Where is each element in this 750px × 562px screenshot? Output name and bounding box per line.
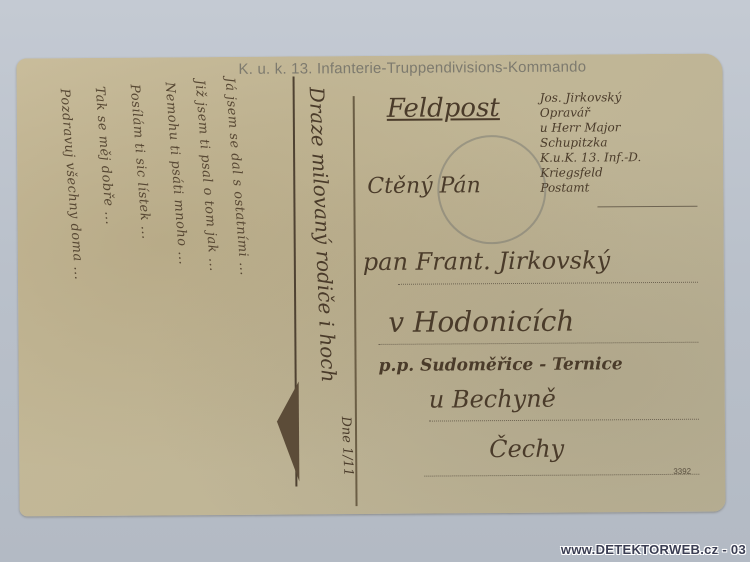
address-line xyxy=(424,474,699,477)
sender-line: u Herr Major xyxy=(540,120,641,136)
address-post: p.p. Sudoměřice - Ternice xyxy=(378,354,622,376)
postcard: K. u. k. 13. Infanterie-Truppendivisions… xyxy=(16,54,725,517)
sender-line: Jos. Jirkovský xyxy=(540,90,641,106)
sender-underline xyxy=(597,206,697,208)
date-note: Dne 1/11 xyxy=(338,416,355,476)
print-number: 3392 xyxy=(673,467,691,476)
address-near: u Bechyně xyxy=(429,385,556,414)
printed-header: K. u. k. 13. Infanterie-Truppendivisions… xyxy=(238,58,586,77)
address-country: Čechy xyxy=(489,435,564,464)
sender-block: Jos. Jirkovský Opravář u Herr Major Schu… xyxy=(540,90,642,196)
address-name: pan Frant. Jirkovský xyxy=(363,246,610,276)
address-town: v Hodonicích xyxy=(388,305,574,339)
left-text-line: Posílám ti sic lístek ... xyxy=(127,84,154,241)
feldpost-label: Feldpost xyxy=(387,93,500,124)
left-text-line: Nemohu ti psáti mnoho ... xyxy=(162,81,191,265)
address-line xyxy=(429,419,699,422)
left-text-line: Tak se měj dobře ... xyxy=(92,86,118,226)
address-line xyxy=(378,342,698,345)
left-text-line: Již jsem ti psal o tom jak ... xyxy=(192,79,222,272)
watermark: www.DETEKTORWEB.cz - 03 xyxy=(561,542,746,557)
sender-line: K.u.K. 13. Inf.-D. xyxy=(540,150,641,166)
sender-line: Opravář xyxy=(540,105,641,121)
divider-ornament xyxy=(277,382,300,482)
sender-line: Schupitzka xyxy=(540,135,641,151)
salutation: Ctěný Pán xyxy=(367,173,481,199)
sender-line: Postamt xyxy=(540,180,641,196)
middle-greeting: Draze milovaný rodiče i hoch xyxy=(305,86,341,383)
left-text-line: Já jsem se dal s ostatními ... xyxy=(222,77,252,276)
sender-line: Kriegsfeld xyxy=(540,165,641,181)
address-line xyxy=(398,282,698,285)
left-text-line: Pozdravuj všechny doma ... xyxy=(57,88,87,281)
